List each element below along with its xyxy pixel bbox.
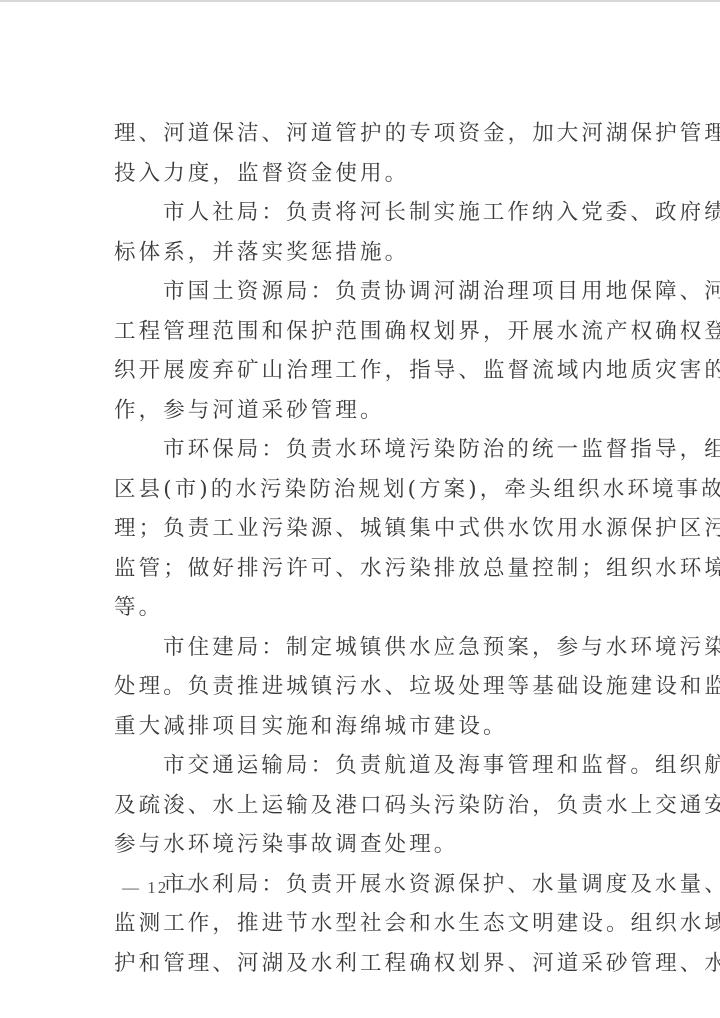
paragraph-start-transport-bureau: 市交通运输局：负责航道及海事管理和监督。组织航道整治 <box>114 746 608 786</box>
scan-top-edge <box>0 0 720 2</box>
paragraph-start-land-resources-bureau: 市国土资源局：负责协调河湖治理项目用地保障、河湖及水利 <box>114 272 608 312</box>
page-number: — 12 — <box>122 878 194 898</box>
text-line: 等。 <box>114 588 608 628</box>
paragraph-start-hr-bureau: 市人社局：负责将河长制实施工作纳入党委、政府绩效评估指 <box>114 193 608 233</box>
text-line: 及疏浚、水上运输及港口码头污染防治，负责水上交通安全监管， <box>114 786 608 826</box>
text-line: 理；负责工业污染源、城镇集中式供水饮用水源保护区污染整治及 <box>114 509 608 549</box>
text-line: 作，参与河道采砂管理。 <box>114 391 608 431</box>
document-body: 理、河道保洁、河道管护的专项资金，加大河湖保护管理项目资金 投入力度，监督资金使… <box>114 114 608 983</box>
text-line: 织开展废弃矿山治理工作，指导、监督流域内地质灾害的防治工 <box>114 351 608 391</box>
text-line: 区县(市)的水污染防治规划(方案)，牵头组织水环境事故调查处 <box>114 470 608 510</box>
text-line: 重大减排项目实施和海绵城市建设。 <box>114 707 608 747</box>
text-line: 监测工作，推进节水型社会和水生态文明建设。组织水域岸线保 <box>114 904 608 944</box>
paragraph-start-environmental-bureau: 市环保局：负责水环境污染防治的统一监督指导，组织实施跨 <box>114 430 608 470</box>
text-line: 理、河道保洁、河道管护的专项资金，加大河湖保护管理项目资金 <box>114 114 608 154</box>
text-line: 处理。负责推进城镇污水、垃圾处理等基础设施建设和监管，组织 <box>114 667 608 707</box>
paragraph-start-housing-bureau: 市住建局：制定城镇供水应急预案，参与水环境污染事故调查 <box>114 628 608 668</box>
text-line: 监管；做好排污许可、水污染排放总量控制；组织水环境质量评估 <box>114 549 608 589</box>
text-line: 护和管理、河湖及水利工程确权划界、河道采砂管理、水土流失治 <box>114 944 608 984</box>
text-line: 工程管理范围和保护范围确权划界，开展水流产权确权登记。组 <box>114 312 608 352</box>
text-line: 标体系，并落实奖惩措施。 <box>114 233 608 273</box>
text-line: 投入力度，监督资金使用。 <box>114 154 608 194</box>
text-line: 参与水环境污染事故调查处理。 <box>114 825 608 865</box>
